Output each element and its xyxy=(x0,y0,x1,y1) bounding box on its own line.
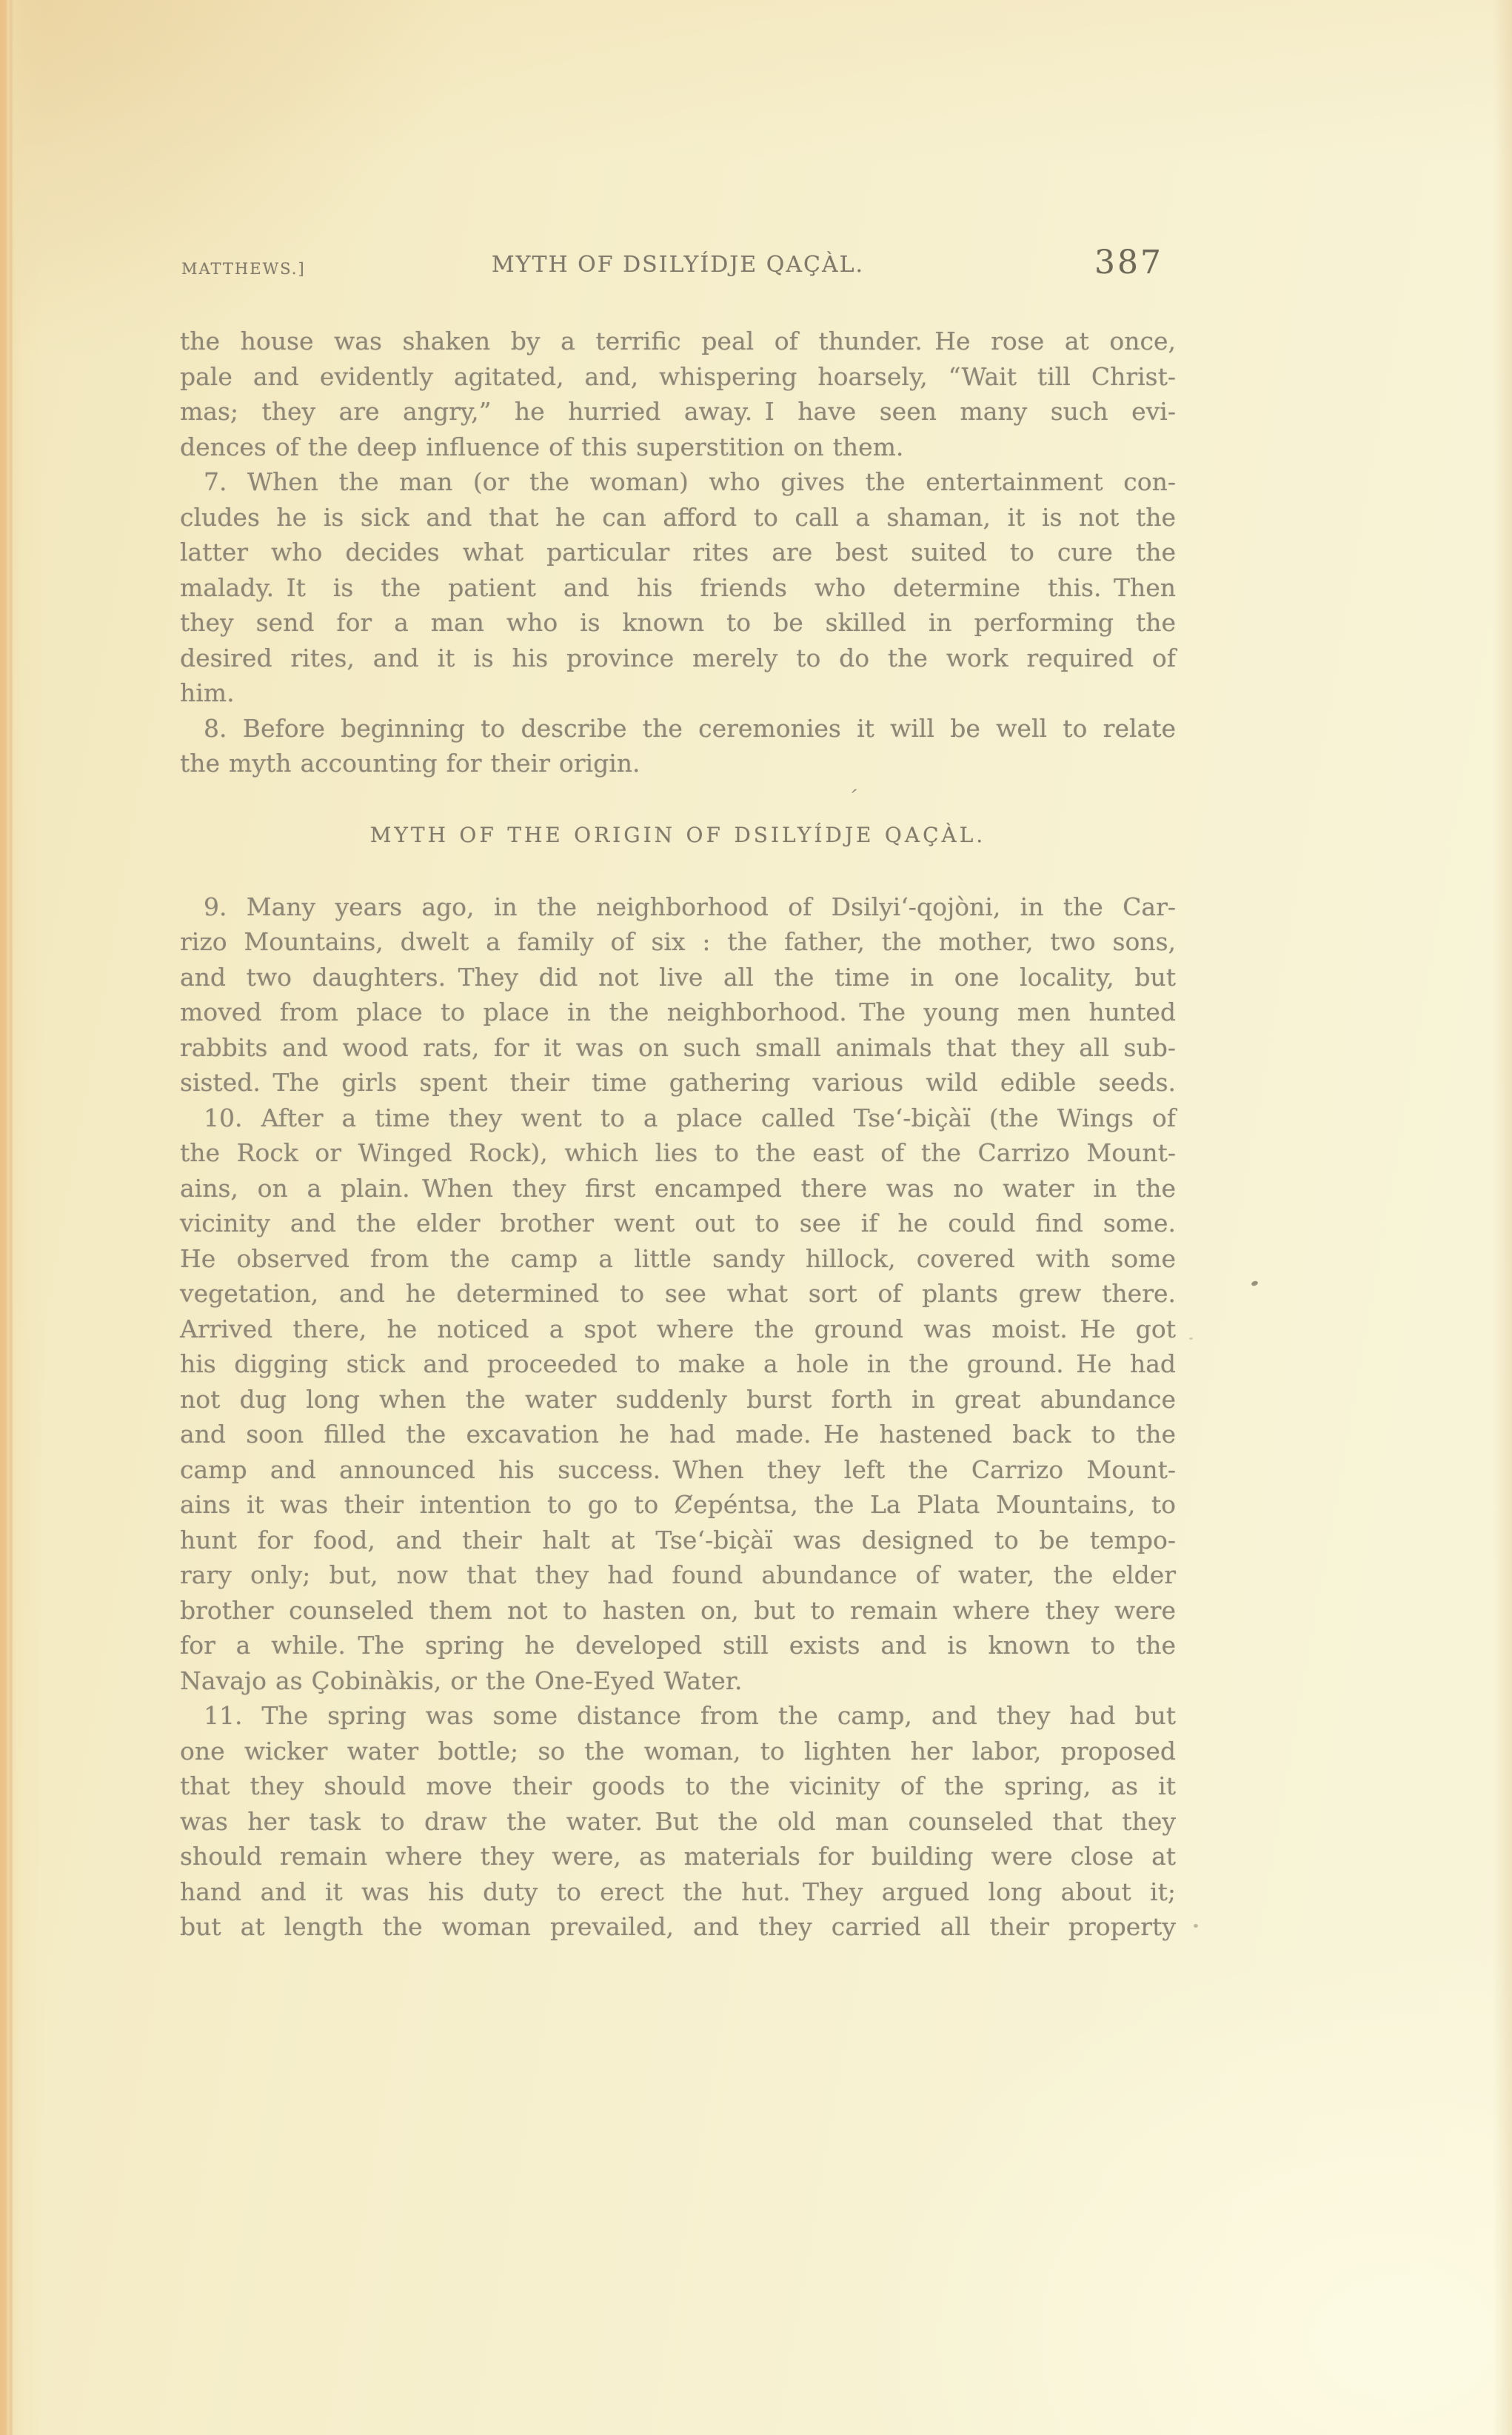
scan-speck xyxy=(1189,1337,1193,1340)
text-line: for a while. The spring he developed sti… xyxy=(180,1628,1176,1663)
text-line: dences of the deep influence of this sup… xyxy=(180,430,1176,465)
text-line: was her task to draw the water. But the … xyxy=(180,1804,1176,1840)
scan-speck xyxy=(1194,1924,1198,1928)
text-line: him. xyxy=(180,675,1176,711)
text-line: vegetation, and he determined to see wha… xyxy=(180,1276,1176,1312)
text-line: 11. The spring was some distance from th… xyxy=(180,1698,1176,1734)
text-line: malady. It is the patient and his friend… xyxy=(180,570,1176,606)
text-line: camp and announced his success. When the… xyxy=(180,1452,1176,1488)
text-line: brother counseled them not to hasten on,… xyxy=(180,1593,1176,1629)
text-line: the myth accounting for their origin. xyxy=(180,746,1176,781)
text-line: 8. Before beginning to describe the cere… xyxy=(180,711,1176,746)
text-line: sisted. The girls spent their time gathe… xyxy=(180,1065,1176,1100)
text-line: Arrived there, he noticed a spot where t… xyxy=(180,1312,1176,1347)
text-line: desired rites, and it is his province me… xyxy=(180,641,1176,676)
text-line: one wicker water bottle; so the woman, t… xyxy=(180,1734,1176,1769)
text-line: latter who decides what particular rites… xyxy=(180,535,1176,570)
text-line: ains, on a plain. When they first encamp… xyxy=(180,1171,1176,1206)
text-line: cludes he is sick and that he can afford… xyxy=(180,500,1176,535)
text-line: hunt for food, and their halt at Tseʻ-bi… xyxy=(180,1523,1176,1558)
page-body: the house was shaken by a terrific peal … xyxy=(180,324,1176,1945)
text-line: they send for a man who is known to be s… xyxy=(180,605,1176,641)
scanned-book-page: MATTHEWS.] MYTH OF DSILYÍDJE QAÇÀL. 387 … xyxy=(0,0,1512,2435)
text-line: hand and it was his duty to erect the hu… xyxy=(180,1874,1176,1910)
text-line: the Rock or Winged Rock), which lies to … xyxy=(180,1135,1176,1171)
text-line: and soon filled the excavation he had ma… xyxy=(180,1417,1176,1452)
text-line: but at length the woman prevailed, and t… xyxy=(180,1909,1176,1945)
text-line: 7. When the man (or the woman) who gives… xyxy=(180,464,1176,500)
text-line: that they should move their goods to the… xyxy=(180,1768,1176,1804)
text-line: vicinity and the elder brother went out … xyxy=(180,1206,1176,1241)
text-line: pale and evidently agitated, and, whispe… xyxy=(180,359,1176,395)
text-line: the house was shaken by a terrific peal … xyxy=(180,324,1176,359)
text-line: Navajo as Çobinàkis, or the One-Eyed Wat… xyxy=(180,1663,1176,1699)
text-line: 9. Many years ago, in the neighborhood o… xyxy=(180,889,1176,925)
page-number: 387 xyxy=(1094,244,1163,281)
text-line: rary only; but, now that they had found … xyxy=(180,1557,1176,1593)
text-line: should remain where they were, as materi… xyxy=(180,1839,1176,1874)
page-right-scan-edge xyxy=(1493,0,1512,2435)
text-line: He observed from the camp a little sandy… xyxy=(180,1241,1176,1277)
section-heading: MYTH OF THE ORIGIN OF DSILYÍDJE QAÇÀL. xyxy=(180,781,1176,889)
text-line: his digging stick and proceeded to make … xyxy=(180,1346,1176,1382)
text-line: moved from place to place in the neighbo… xyxy=(180,995,1176,1030)
page-left-scan-edge xyxy=(0,0,44,2435)
scan-speck xyxy=(1251,1280,1259,1287)
text-line: and two daughters. They did not live all… xyxy=(180,960,1176,995)
text-line: 10. After a time they went to a place ca… xyxy=(180,1100,1176,1136)
text-line: mas; they are angry,” he hurried away. I… xyxy=(180,394,1176,430)
text-line: rizo Mountains, dwelt a family of six : … xyxy=(180,924,1176,960)
text-line: not dug long when the water suddenly bur… xyxy=(180,1382,1176,1417)
text-line: rabbits and wood rats, for it was on suc… xyxy=(180,1030,1176,1066)
text-line: ains it was their intention to go to Ȼep… xyxy=(180,1487,1176,1523)
running-header-title: MYTH OF DSILYÍDJE QAÇÀL. xyxy=(180,252,1176,278)
